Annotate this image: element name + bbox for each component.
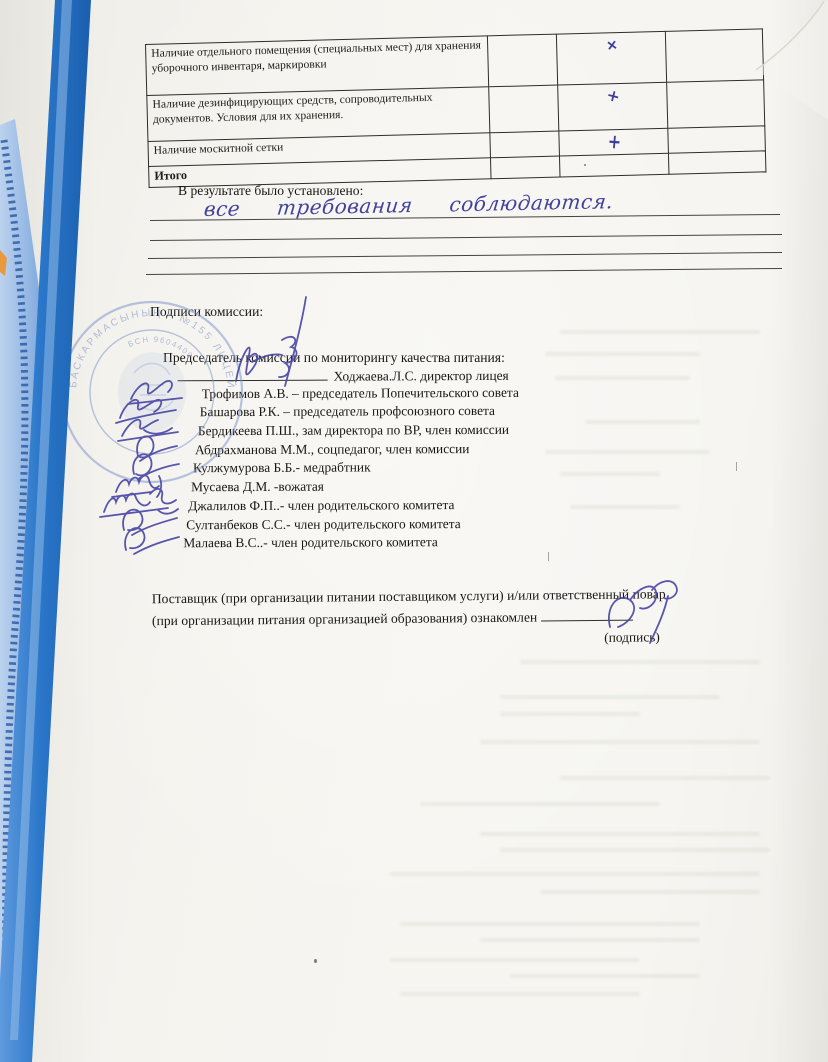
bleed-through-mark (480, 740, 760, 744)
bleed-through-mark (390, 958, 640, 962)
bleed-through-mark (545, 352, 700, 356)
bleed-through-mark (500, 712, 640, 716)
bleed-through-mark (420, 802, 660, 806)
criterion-label: Наличие отдельного помещения (специальны… (146, 36, 489, 96)
scan-artifact (584, 164, 586, 166)
member-name: Бердикеева П.Ш., зам директора по ВР, чл… (198, 422, 509, 438)
commission-member-row: Башарова Р.К. – председатель профсоюзног… (200, 402, 778, 423)
signature-blank-line (541, 606, 633, 621)
commission-member-row: Мусаева Д.М. -вожатая (191, 477, 778, 498)
checkmark-plus: + (600, 33, 623, 57)
table-cell-empty (488, 34, 559, 87)
bleed-through-mark (400, 922, 700, 926)
member-name: Абдрахманова М.М., соцпедагог, член коми… (195, 441, 470, 457)
table-cell-empty (669, 151, 766, 174)
bleed-through-mark (560, 776, 770, 780)
table-cell-empty (667, 80, 765, 128)
supplier-acknowledgement: Поставщик (при организации питании поста… (152, 582, 825, 653)
commission-member-row: Трофимов А.В. – председатель Попечительс… (202, 383, 778, 404)
table-cell-empty (668, 126, 765, 154)
commission-member-row: Малаева В.С..- член родительского комите… (183, 533, 778, 554)
table-cell-mark: + (558, 82, 668, 131)
table-cell-empty (560, 154, 669, 177)
table-cell-mark: + (557, 31, 667, 85)
bleed-through-mark (480, 938, 700, 942)
member-name: Джалилов Ф.П..- член родительского комит… (188, 497, 454, 513)
bleed-through-mark (480, 832, 760, 836)
commission-member-row: Бердикеева П.Ш., зам директора по ВР, чл… (198, 421, 778, 442)
signature-blank-line (178, 367, 328, 382)
table-cell-empty (490, 131, 560, 158)
bleed-through-mark (540, 890, 760, 894)
bleed-through-mark (390, 872, 760, 876)
table-cell-empty (666, 29, 764, 82)
scan-artifact (548, 552, 549, 561)
scan-artifact (314, 959, 317, 963)
inspection-checklist-table: Наличие отдельного помещения (специальны… (145, 28, 766, 188)
member-name: Малаева В.С..- член родительского комите… (183, 534, 438, 550)
bleed-through-mark (560, 330, 760, 334)
commission-member-row: Абдрахманова М.М., соцпедагог, член коми… (195, 439, 778, 460)
checkmark-plus: + (604, 85, 622, 108)
scanned-document-photo: Наличие отдельного помещения (специальны… (0, 0, 828, 1062)
scan-artifact (736, 462, 737, 471)
footer-line2: (при организации питания организацией об… (152, 609, 537, 628)
bleed-through-mark (520, 660, 760, 664)
chairman-heading: Председатель комиссии по мониторингу кач… (163, 350, 505, 366)
signatures-heading: Подписи комиссии: (150, 304, 263, 320)
member-name: Султанбеков С.С.- член родительского ком… (186, 516, 460, 532)
table-cell-mark: + (559, 128, 668, 156)
bleed-through-mark (500, 848, 770, 852)
bleed-through-mark (510, 974, 700, 978)
member-name: Ходжаева.Л.С. директор лицея (334, 368, 509, 384)
signature-caption: (подпись) (604, 625, 824, 649)
bleed-through-mark (400, 992, 640, 996)
member-name: Трофимов А.В. – председатель Попечительс… (202, 385, 519, 401)
commission-member-row: Джалилов Ф.П..- член родительского комит… (188, 496, 778, 517)
commission-member-row: Кулжумурова Б.Б.- медрабтник (193, 458, 778, 479)
table-cell-empty (491, 157, 561, 179)
member-name: Кулжумурова Б.Б.- медрабтник (193, 460, 371, 476)
commission-members-list: Ходжаева.Л.С. директор лицея Трофимов А.… (178, 365, 779, 554)
footer-line1: Поставщик (при организации питании поста… (152, 586, 666, 606)
bleed-through-mark (500, 695, 720, 699)
member-name: Мусаева Д.М. -вожатая (191, 479, 324, 495)
checkmark-plus: + (606, 129, 621, 156)
member-name: Башарова Р.К. – председатель профсоюзног… (200, 403, 495, 419)
table-cell-empty (489, 85, 559, 133)
